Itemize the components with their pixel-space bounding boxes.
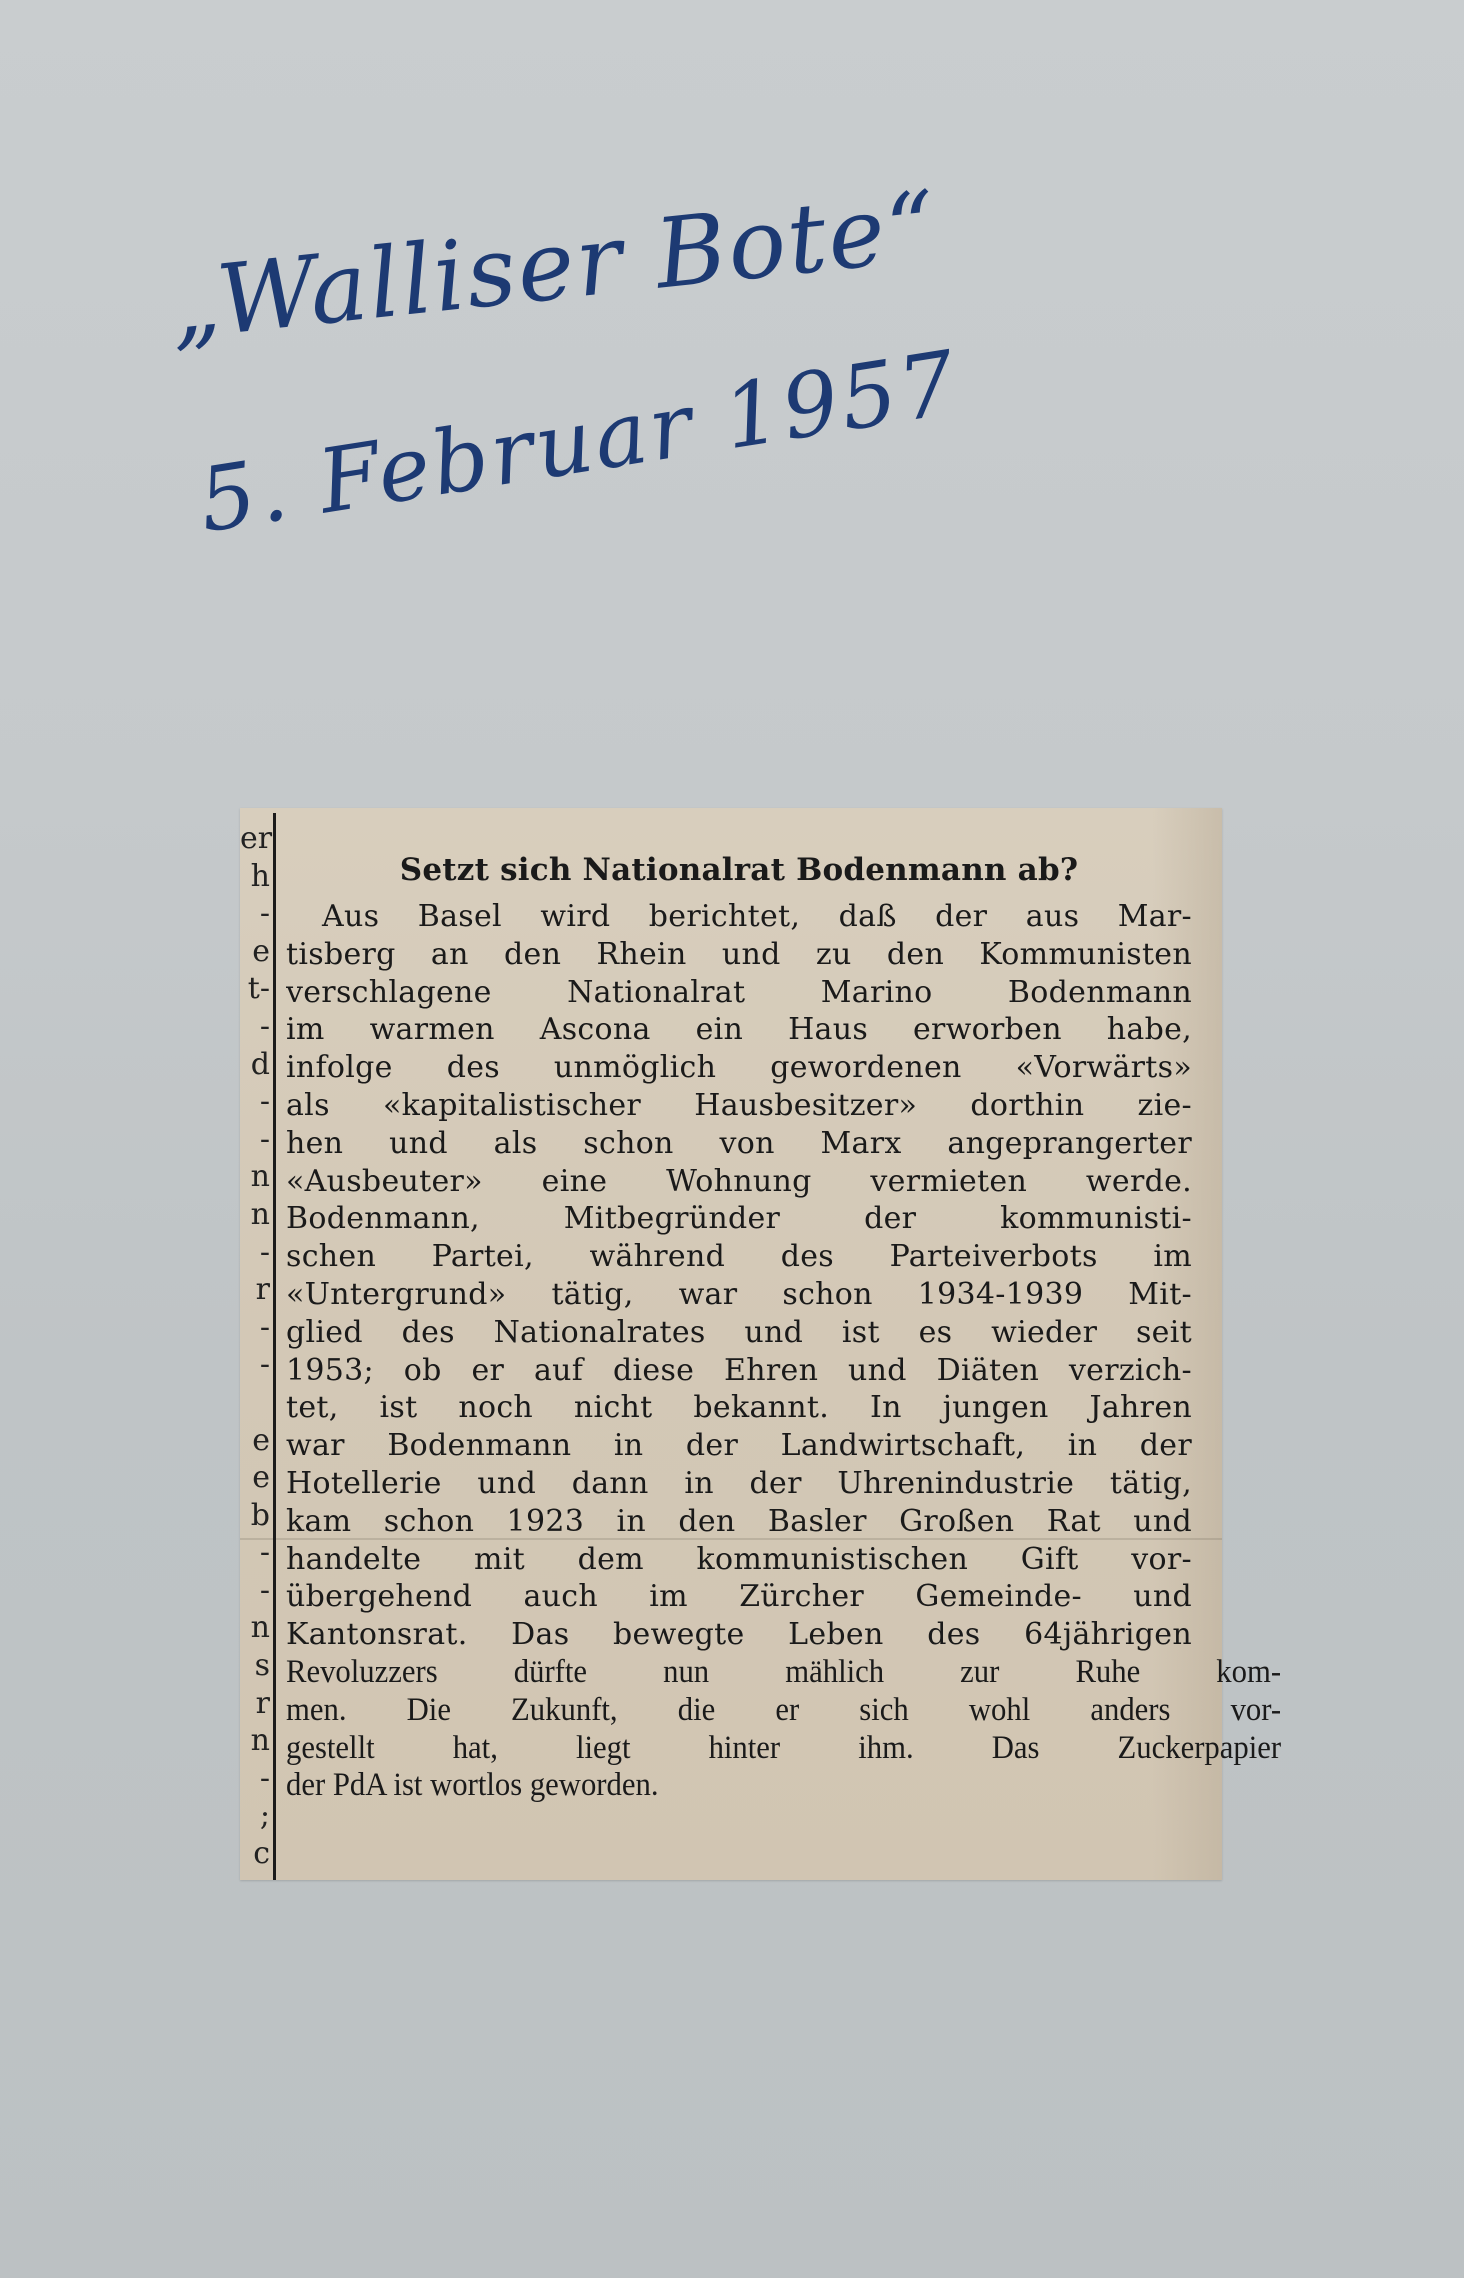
fragment-char: e xyxy=(240,1422,270,1460)
adjacent-column-fragment: er h - e t- - d - - n n - r - - e e b - … xyxy=(240,820,270,1873)
article-line: Hotellerie und dann in der Uhrenindustri… xyxy=(286,1465,1192,1503)
fragment-char: - xyxy=(240,1083,270,1121)
fragment-char: - xyxy=(240,1534,270,1572)
fragment-char: e xyxy=(240,1459,270,1497)
fragment-char xyxy=(240,1384,270,1422)
handwritten-date: 5. Februar 1957 xyxy=(192,331,965,553)
album-page: „Walliser Bote“ 5. Februar 1957 er h - e… xyxy=(0,0,1464,2278)
column-rule xyxy=(273,813,276,1880)
fragment-char: - xyxy=(240,1760,270,1798)
article-line: men. Die Zukunft, die er sich wohl ander… xyxy=(286,1692,1281,1730)
article-line: infolge des unmöglich gewordenen «Vorwär… xyxy=(286,1049,1192,1087)
article-line: 1953; ob er auf diese Ehren und Diäten v… xyxy=(286,1352,1192,1390)
show-through-text xyxy=(1230,1120,1464,1780)
article-line: Aus Basel wird berichtet, daß der aus Ma… xyxy=(286,898,1192,936)
fragment-char: s xyxy=(240,1647,270,1685)
article-line: glied des Nationalrates und ist es wiede… xyxy=(286,1314,1192,1352)
fragment-char: d xyxy=(240,1046,270,1084)
fragment-char: - xyxy=(240,1121,270,1159)
article-line: tet, ist noch nicht bekannt. In jungen J… xyxy=(286,1389,1192,1427)
article-line: «Ausbeuter» eine Wohnung vermieten werde… xyxy=(286,1163,1192,1201)
article-line: «Untergrund» tätig, war schon 1934-1939 … xyxy=(286,1276,1192,1314)
fragment-char: - xyxy=(240,895,270,933)
article-line: verschlagene Nationalrat Marino Bodenman… xyxy=(286,974,1192,1012)
article-line: als «kapitalistischer Hausbesitzer» dort… xyxy=(286,1087,1192,1125)
ink-offset-ghost xyxy=(1120,179,1161,264)
fragment-char: - xyxy=(240,1572,270,1610)
article-line: Bodenmann, Mitbegründer der kommunisti- xyxy=(286,1200,1192,1238)
ink-offset-ghost xyxy=(1192,329,1227,402)
fragment-char: r xyxy=(240,1271,270,1309)
fragment-char: r xyxy=(240,1685,270,1723)
article-line: handelte mit dem kommunistischen Gift vo… xyxy=(286,1541,1192,1579)
article-line: Revoluzzers dürfte nun mählich zur Ruhe … xyxy=(286,1654,1281,1692)
fragment-char: - xyxy=(240,1234,270,1272)
fragment-char: b xyxy=(240,1497,270,1535)
newspaper-clipping: er h - e t- - d - - n n - r - - e e b - … xyxy=(240,808,1222,1880)
article-line: schen Partei, während des Parteiverbots … xyxy=(286,1238,1192,1276)
fragment-char: n xyxy=(240,1722,270,1760)
article: Setzt sich Nationalrat Bodenmann ab? Aus… xyxy=(286,838,1192,1805)
fragment-char: - xyxy=(240,1309,270,1347)
article-line: kam schon 1923 in den Basler Großen Rat … xyxy=(286,1503,1192,1541)
fragment-char: ; xyxy=(240,1797,270,1835)
fragment-char: n xyxy=(240,1609,270,1647)
article-line: gestellt hat, liegt hinter ihm. Das Zuck… xyxy=(286,1730,1281,1768)
fragment-char: n xyxy=(240,1196,270,1234)
fragment-char: - xyxy=(240,1008,270,1046)
article-line: war Bodenmann in der Landwirtschaft, in … xyxy=(286,1427,1192,1465)
article-line: Kantonsrat. Das bewegte Leben des 64jähr… xyxy=(286,1616,1192,1654)
fragment-char: er xyxy=(240,820,270,858)
fragment-char: h xyxy=(240,858,270,896)
article-line: tisberg an den Rhein und zu den Kommunis… xyxy=(286,936,1192,974)
article-line: hen und als schon von Marx angeprangerte… xyxy=(286,1125,1192,1163)
fragment-char: - xyxy=(240,1346,270,1384)
handwritten-newspaper-name: „Walliser Bote“ xyxy=(164,170,943,362)
fragment-char: e xyxy=(240,933,270,971)
article-line: übergehend auch im Zürcher Gemeinde- und xyxy=(286,1578,1192,1616)
fragment-char: t- xyxy=(240,970,270,1008)
article-line: im warmen Ascona ein Haus erworben habe, xyxy=(286,1011,1192,1049)
fragment-char: c xyxy=(240,1835,270,1873)
article-line: der PdA ist wortlos geworden. xyxy=(286,1767,1281,1805)
article-headline: Setzt sich Nationalrat Bodenmann ab? xyxy=(286,852,1192,888)
fragment-char: n xyxy=(240,1158,270,1196)
